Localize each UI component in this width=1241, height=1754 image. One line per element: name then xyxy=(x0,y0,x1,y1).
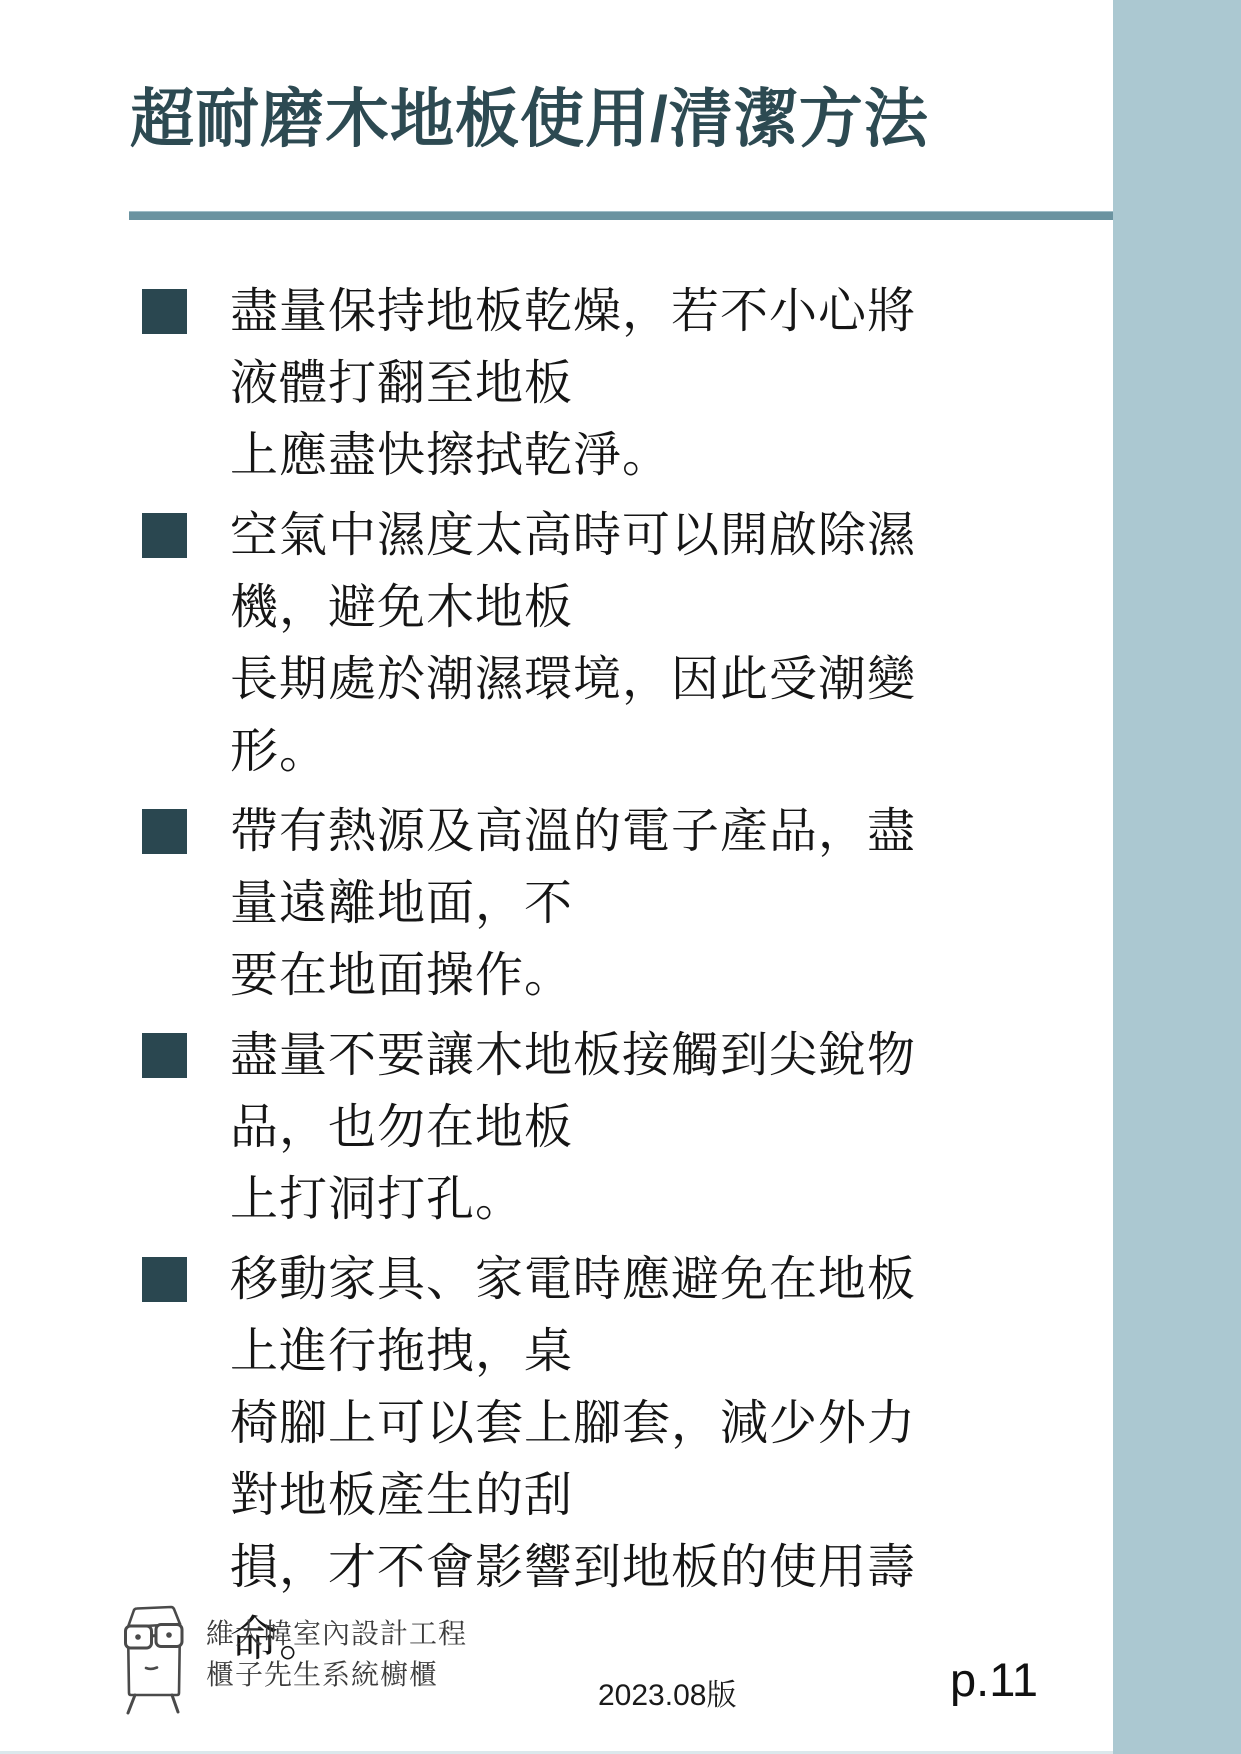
list-item: 移動家具、家電時應避免在地板上進行拖拽，桌 椅腳上可以套上腳套，減少外力對地板產… xyxy=(142,1244,942,1676)
bullet-text: 盡量保持地板乾燥，若不小心將液體打翻至地板 上應盡快擦拭乾淨。 xyxy=(230,276,942,492)
bullet-text: 空氣中濕度太高時可以開啟除濕機，避免木地板 長期處於潮濕環境，因此受潮變形。 xyxy=(230,500,942,788)
version-label: 2023.08版 xyxy=(598,1670,736,1714)
list-item: 空氣中濕度太高時可以開啟除濕機，避免木地板 長期處於潮濕環境，因此受潮變形。 xyxy=(142,500,942,788)
bullet-text: 盡量不要讓木地板接觸到尖銳物品，也勿在地板 上打洞打孔。 xyxy=(230,1020,942,1236)
right-accent-band xyxy=(1113,0,1241,1754)
page-number: p.11 xyxy=(950,1652,1038,1707)
company-name-line2: 櫃子先生系統櫥櫃 xyxy=(206,1654,467,1695)
cabinet-mascot-icon xyxy=(118,1604,190,1716)
list-item: 帶有熱源及高溫的電子產品，盡量遠離地面，不 要在地面操作。 xyxy=(142,796,942,1012)
list-item: 盡量不要讓木地板接觸到尖銳物品，也勿在地板 上打洞打孔。 xyxy=(142,1020,942,1236)
square-bullet-icon xyxy=(142,289,187,334)
square-bullet-icon xyxy=(142,1033,187,1078)
square-bullet-icon xyxy=(142,1257,187,1302)
list-item: 盡量保持地板乾燥，若不小心將液體打翻至地板 上應盡快擦拭乾淨。 xyxy=(142,276,942,492)
square-bullet-icon xyxy=(142,809,187,854)
square-bullet-icon xyxy=(142,513,187,558)
title-divider xyxy=(129,211,1113,220)
page-title: 超耐磨木地板使用/清潔方法 xyxy=(130,78,929,160)
bullet-text: 移動家具、家電時應避免在地板上進行拖拽，桌 椅腳上可以套上腳套，減少外力對地板產… xyxy=(230,1244,942,1676)
company-name-line1: 維大幃室內設計工程 xyxy=(206,1613,467,1654)
bullet-text: 帶有熱源及高溫的電子產品，盡量遠離地面，不 要在地面操作。 xyxy=(230,796,942,1012)
footer-company-name: 維大幃室內設計工程 櫃子先生系統櫥櫃 xyxy=(206,1613,467,1695)
bullet-list: 盡量保持地板乾燥，若不小心將液體打翻至地板 上應盡快擦拭乾淨。 空氣中濕度太高時… xyxy=(142,276,942,1684)
document-page: 超耐磨木地板使用/清潔方法 盡量保持地板乾燥，若不小心將液體打翻至地板 上應盡快… xyxy=(0,0,1241,1754)
